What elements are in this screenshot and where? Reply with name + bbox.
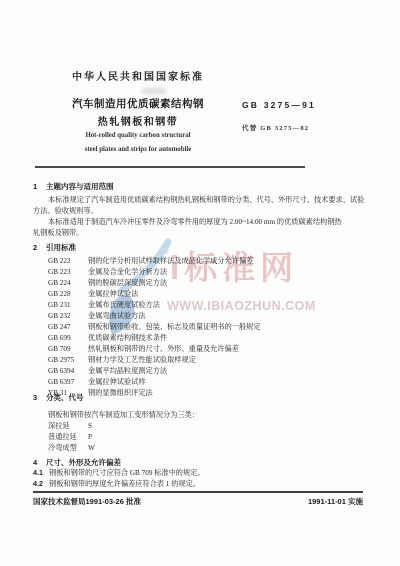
scope-paragraph2-line2: 轧钢板及钢带。 bbox=[33, 228, 83, 238]
section4-title: 尺寸、外形及允许偏差 bbox=[46, 458, 121, 467]
classification-intro: 钢板和钢带按汽车制造加工变形情况分为三类： bbox=[33, 410, 199, 420]
document-title-english-line2: steel plates and strips for automobile bbox=[33, 146, 243, 153]
reference-title: 金属及合金化学分析方法 bbox=[88, 268, 167, 276]
reference-code: GB 222 bbox=[48, 256, 88, 267]
section2-heading: 2引用标准 bbox=[33, 242, 76, 253]
reference-code: GB 6394 bbox=[48, 366, 88, 377]
replaces-standard-number: 代替 GB 3275—82 bbox=[242, 123, 309, 132]
classification-type-list: 深拉延S 普通拉延P 冷弯成型W bbox=[33, 421, 233, 455]
type-code: S bbox=[88, 422, 92, 430]
approval-action: 批准 bbox=[126, 497, 141, 506]
reference-title: 钢材力学及工艺性能试验取样规定 bbox=[88, 356, 196, 364]
reference-title: 金属拉伸试验试样 bbox=[88, 378, 146, 386]
type-name: 深拉延 bbox=[48, 421, 88, 432]
section1-heading: 1主题内容与适用范围 bbox=[33, 181, 114, 192]
standard-number: GB 3275—91 bbox=[242, 100, 316, 110]
reference-title: 金属布氏硬度试验方法 bbox=[88, 301, 160, 309]
reference-code: GB 228 bbox=[48, 289, 88, 300]
section4-heading: 4尺寸、外形及允许偏差 bbox=[33, 457, 121, 468]
reference-code: GB 6397 bbox=[48, 377, 88, 388]
reference-item: GB 6397金属拉伸试验试样 bbox=[33, 377, 373, 388]
type-code: W bbox=[88, 444, 95, 452]
reference-title: 金属平均晶粒度测定方法 bbox=[88, 367, 167, 375]
scope-paragraph1-line2: 方法、验收规则等。 bbox=[33, 206, 98, 216]
national-standard-heading: 中华人民共和国国家标准 bbox=[33, 68, 243, 83]
footer: 国家技术监督局1991-03-26 批准 1991-11-01 实施 bbox=[33, 496, 363, 507]
section4-number: 4 bbox=[33, 458, 39, 467]
classification-type: 深拉延S bbox=[33, 421, 233, 432]
reference-item: YB 31钢的显微组织评定法 bbox=[33, 388, 373, 399]
reference-title: 钢的脱碳层深度测定方法 bbox=[88, 279, 167, 287]
udc-smudge bbox=[142, 88, 166, 94]
type-code: P bbox=[88, 433, 92, 441]
reference-code: GB 231 bbox=[48, 300, 88, 311]
classification-type: 普通拉延P bbox=[33, 432, 233, 443]
approval-agency: 国家技术监督局 bbox=[33, 497, 86, 506]
implementation-date: 1991-11-01 bbox=[308, 497, 346, 506]
header-divider-rule bbox=[35, 166, 305, 168]
reference-item: GB 247钢板和钢带验收、包装、标志及质量证明书的一般规定 bbox=[33, 322, 373, 333]
reference-item: GB 231金属布氏硬度试验方法 bbox=[33, 300, 373, 311]
reference-code: GB 224 bbox=[48, 278, 88, 289]
section3-heading: 3分类、代号 bbox=[33, 392, 84, 403]
reference-code: GB 223 bbox=[48, 267, 88, 278]
implementation-statement: 1991-11-01 实施 bbox=[308, 496, 363, 507]
clause-4-2: 4.2钢板和钢带的厚度允许偏差应符合表 1 的规定。 bbox=[33, 479, 200, 489]
section1-title: 主题内容与适用范围 bbox=[46, 182, 114, 191]
reference-code: GB 232 bbox=[48, 311, 88, 322]
reference-item: GB 6394金属平均晶粒度测定方法 bbox=[33, 366, 373, 377]
reference-title: 金属拉伸试验法 bbox=[88, 290, 138, 298]
scope-paragraph2-line1: 本标准适用于制造汽车冷冲压零件及冷弯零件用的厚度为 2.00~14.00 mm … bbox=[33, 217, 342, 227]
approval-date: 1991-03-26 bbox=[86, 497, 124, 506]
reference-item: GB 223金属及合金化学分析方法 bbox=[33, 267, 373, 278]
clause-4-1-number: 4.1 bbox=[33, 468, 43, 477]
clause-4-1-text: 钢板和钢带的尺寸应符合 GB 709 标准中的规定。 bbox=[49, 469, 205, 477]
reference-code: GB 709 bbox=[48, 344, 88, 355]
reference-item: GB 2975钢材力学及工艺性能试验取样规定 bbox=[33, 355, 373, 366]
document-title-line2: 热轧钢板和钢带 bbox=[33, 113, 243, 128]
section1-number: 1 bbox=[33, 182, 39, 191]
reference-title: 优质碳素结构钢技术条件 bbox=[88, 334, 167, 342]
reference-code: GB 2975 bbox=[48, 355, 88, 366]
reference-title: 钢的化学分析用试样取样法及成品化学成分允许偏差 bbox=[88, 257, 253, 265]
reference-title: 金属弯曲试验方法 bbox=[88, 312, 146, 320]
clause-4-2-text: 钢板和钢带的厚度允许偏差应符合表 1 的规定。 bbox=[49, 480, 200, 488]
implementation-action: 实施 bbox=[348, 497, 363, 506]
reference-title: 钢的显微组织评定法 bbox=[88, 389, 153, 397]
reference-item: GB 224钢的脱碳层深度测定方法 bbox=[33, 278, 373, 289]
reference-item: GB 709热轧钢板和钢带的尺寸、外形、重量及允许偏差 bbox=[33, 344, 373, 355]
scope-paragraph1-line1: 本标准规定了汽车制造用优质碳素结构钢热轧钢板和钢带的分类、代号、外形尺寸、技术要… bbox=[33, 195, 364, 205]
document-title-english-line1: Hot-rolled quality carbon structural bbox=[33, 132, 243, 139]
reference-item: GB 228金属拉伸试验法 bbox=[33, 289, 373, 300]
reference-item: GB 222钢的化学分析用试样取样法及成品化学成分允许偏差 bbox=[33, 256, 373, 267]
clause-4-2-number: 4.2 bbox=[33, 479, 43, 488]
reference-title: 钢板和钢带验收、包装、标志及质量证明书的一般规定 bbox=[88, 323, 261, 331]
reference-item: GB 699优质碳素结构钢技术条件 bbox=[33, 333, 373, 344]
classification-type: 冷弯成型W bbox=[33, 443, 233, 454]
section2-number: 2 bbox=[33, 243, 39, 252]
reference-standards-list: GB 222钢的化学分析用试样取样法及成品化学成分允许偏差 GB 223金属及合… bbox=[33, 256, 373, 399]
reference-title: 热轧钢板和钢带的尺寸、外形、重量及允许偏差 bbox=[88, 345, 239, 353]
standard-document-page: i标准网 WWW.IBIAOZHUN.COM 中华人民共和国国家标准 汽车制造用… bbox=[0, 0, 400, 566]
type-name: 冷弯成型 bbox=[48, 443, 88, 454]
section3-number: 3 bbox=[33, 393, 39, 402]
document-title-line1: 汽车制造用优质碳素结构钢 bbox=[33, 96, 243, 111]
clause-4-1: 4.1钢板和钢带的尺寸应符合 GB 709 标准中的规定。 bbox=[33, 468, 205, 478]
section3-title: 分类、代号 bbox=[46, 393, 84, 402]
footer-divider-rule bbox=[33, 491, 363, 493]
reference-code: GB 699 bbox=[48, 333, 88, 344]
approval-statement: 国家技术监督局1991-03-26 批准 bbox=[33, 496, 141, 507]
reference-code: GB 247 bbox=[48, 322, 88, 333]
section2-title: 引用标准 bbox=[46, 243, 76, 252]
type-name: 普通拉延 bbox=[48, 432, 88, 443]
reference-item: GB 232金属弯曲试验方法 bbox=[33, 311, 373, 322]
